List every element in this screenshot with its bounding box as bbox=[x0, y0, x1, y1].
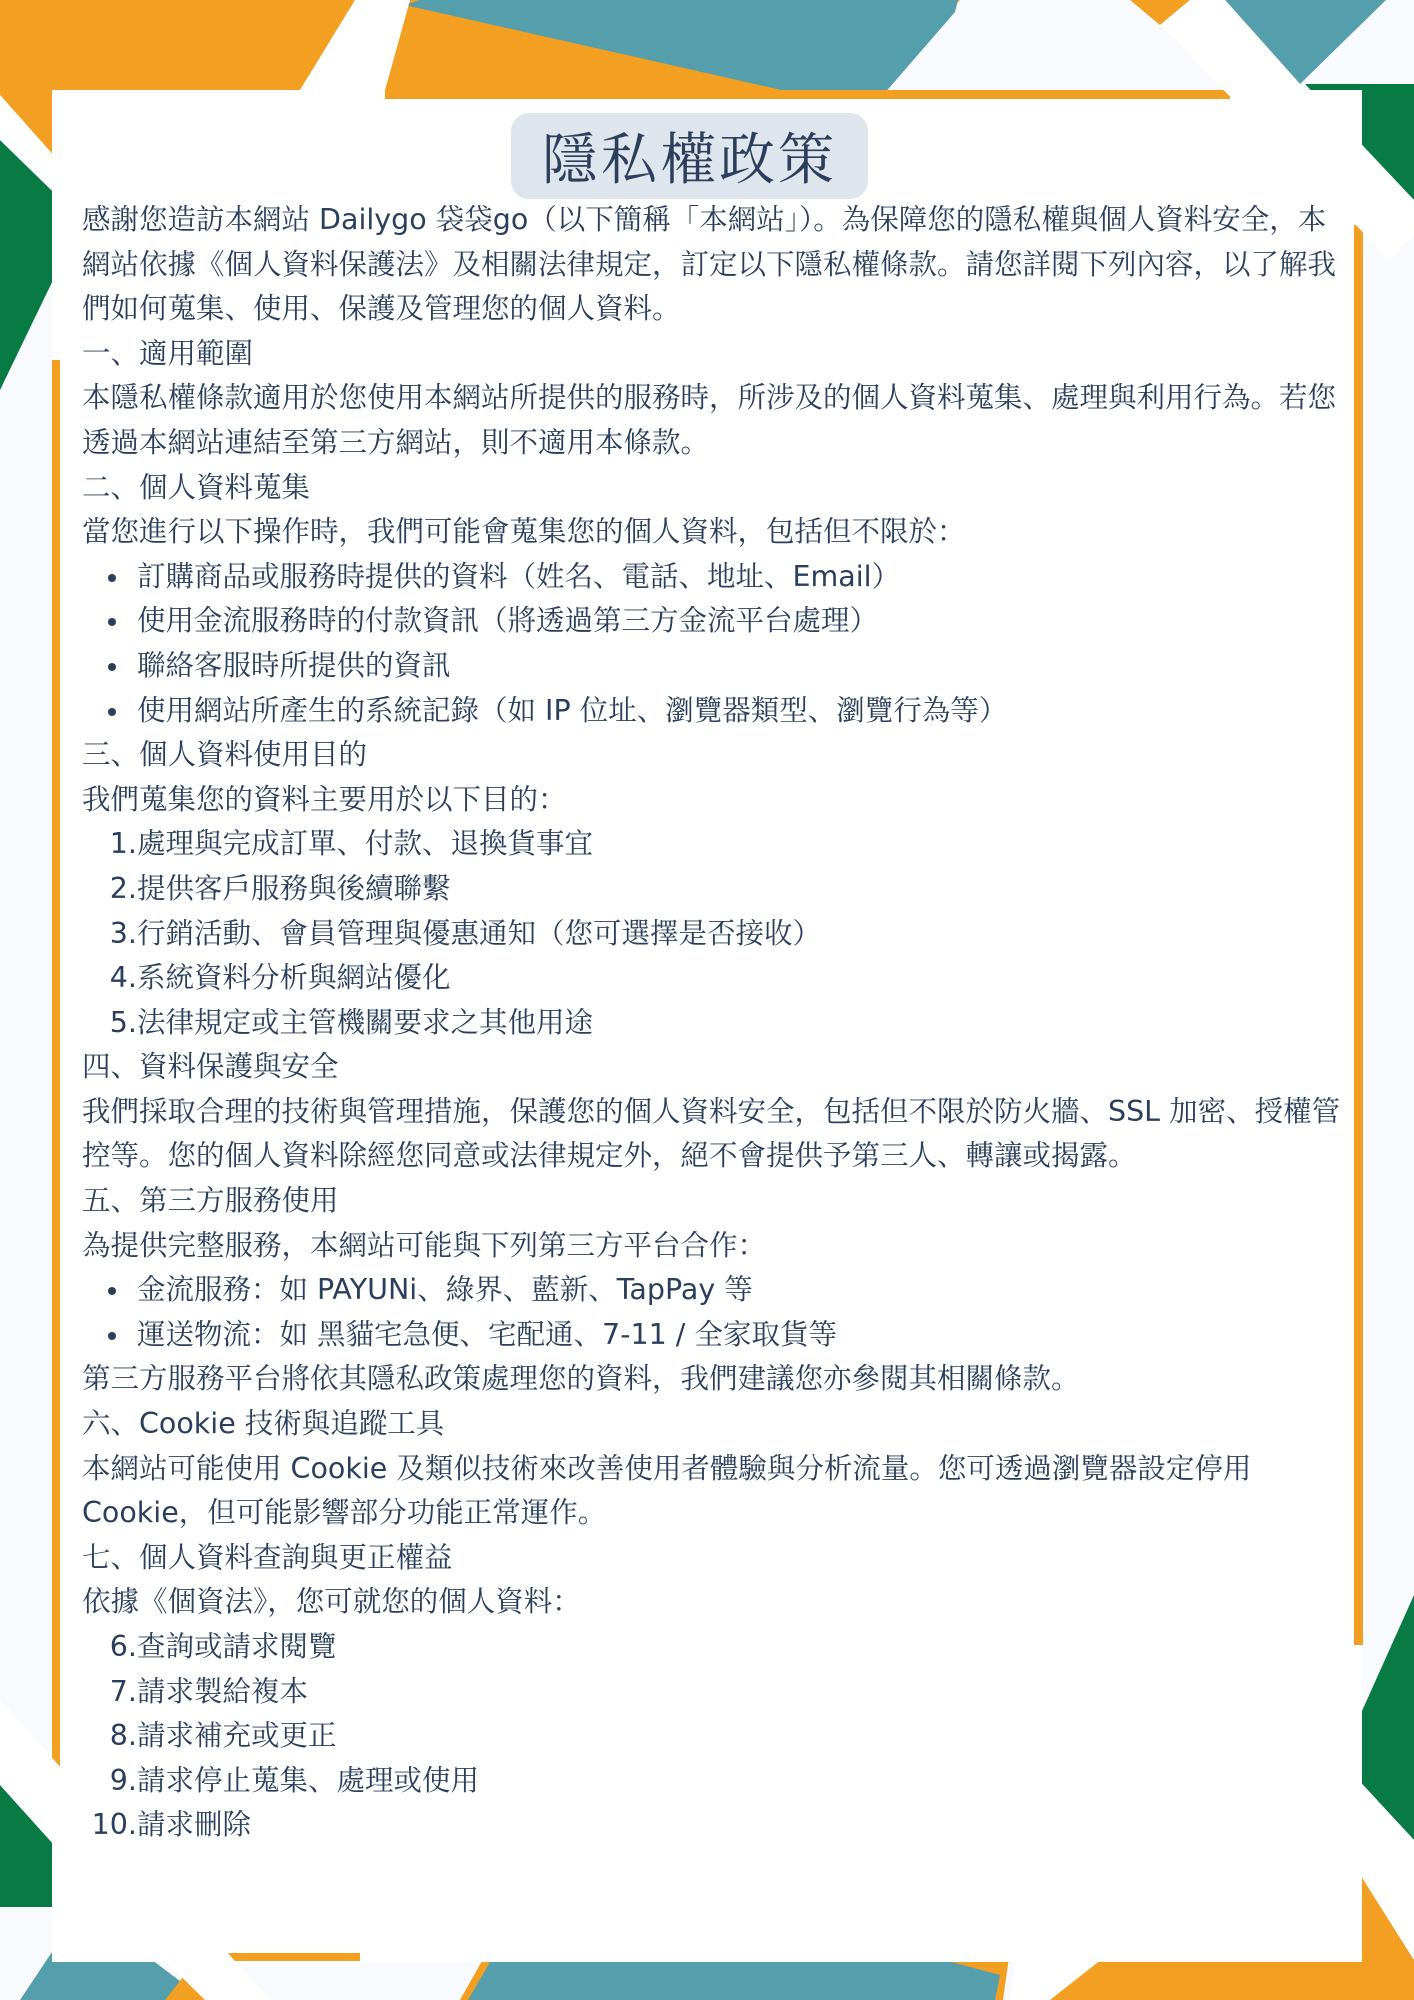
list-text: 行銷活動、會員管理與優惠通知（您可選擇是否接收） bbox=[137, 917, 821, 950]
list-number: 6. bbox=[110, 1625, 137, 1670]
list-item: 10.請求刪除 bbox=[82, 1803, 1352, 1848]
list-text: 請求補充或更正 bbox=[137, 1719, 337, 1752]
section-body-security: 我們採取合理的技術與管理措施，保護您的個人資料安全，包括但不限於防火牆、SSL … bbox=[82, 1090, 1352, 1179]
list-text: 請求製給複本 bbox=[137, 1675, 308, 1708]
section-body-third-party: 為提供完整服務，本網站可能與下列第三方平台合作： bbox=[82, 1224, 1352, 1269]
list-item: 運送物流：如 黑貓宅急便、宅配通、7-11 / 全家取貨等 bbox=[82, 1313, 1352, 1358]
decor-shape-orange-top-right bbox=[1130, 0, 1190, 25]
section-body-collection: 當您進行以下操作時，我們可能會蒐集您的個人資料，包括但不限於： bbox=[82, 510, 1352, 555]
section-body-purpose: 我們蒐集您的資料主要用於以下目的： bbox=[82, 778, 1352, 823]
list-number: 3. bbox=[110, 912, 137, 957]
list-number: 5. bbox=[110, 1001, 137, 1046]
list-item: 8.請求補充或更正 bbox=[82, 1714, 1352, 1759]
section-heading-rights: 七、個人資料查詢與更正權益 bbox=[82, 1536, 1352, 1581]
section-body-rights: 依據《個資法》，您可就您的個人資料： bbox=[82, 1580, 1352, 1625]
list-item: 9.請求停止蒐集、處理或使用 bbox=[82, 1759, 1352, 1804]
intro-paragraph: 感謝您造訪本網站 Dailygo 袋袋go（以下簡稱「本網站」）。為保障您的隱私… bbox=[82, 198, 1352, 332]
list-text: 系統資料分析與網站優化 bbox=[137, 961, 451, 994]
list-number: 2. bbox=[110, 867, 137, 912]
list-item: 使用金流服務時的付款資訊（將透過第三方金流平台處理） bbox=[82, 599, 1352, 644]
list-item: 6.查詢或請求閱覽 bbox=[82, 1625, 1352, 1670]
list-item: 2.提供客戶服務與後續聯繫 bbox=[82, 867, 1352, 912]
section-heading-security: 四、資料保護與安全 bbox=[82, 1045, 1352, 1090]
list-item: 訂購商品或服務時提供的資料（姓名、電話、地址、Email） bbox=[82, 555, 1352, 600]
third-party-bullet-list: 金流服務：如 PAYUNi、綠界、藍新、TapPay 等 運送物流：如 黑貓宅急… bbox=[82, 1268, 1352, 1357]
list-item: 使用網站所產生的系統記錄（如 IP 位址、瀏覽器類型、瀏覽行為等） bbox=[82, 689, 1352, 734]
section-heading-third-party: 五、第三方服務使用 bbox=[82, 1179, 1352, 1224]
section-footer-third-party: 第三方服務平台將依其隱私政策處理您的資料，我們建議您亦參閱其相關條款。 bbox=[82, 1357, 1352, 1402]
collection-bullet-list: 訂購商品或服務時提供的資料（姓名、電話、地址、Email） 使用金流服務時的付款… bbox=[82, 555, 1352, 733]
section-heading-scope: 一、適用範圍 bbox=[82, 332, 1352, 377]
list-text: 請求刪除 bbox=[137, 1808, 251, 1841]
section-heading-purpose: 三、個人資料使用目的 bbox=[82, 733, 1352, 778]
list-number: 8. bbox=[110, 1714, 137, 1759]
purpose-numbered-list: 1.處理與完成訂單、付款、退換貨事宜 2.提供客戶服務與後續聯繫 3.行銷活動、… bbox=[82, 822, 1352, 1045]
list-item: 7.請求製給複本 bbox=[82, 1670, 1352, 1715]
list-item: 1.處理與完成訂單、付款、退換貨事宜 bbox=[82, 822, 1352, 867]
policy-content: 感謝您造訪本網站 Dailygo 袋袋go（以下簡稱「本網站」）。為保障您的隱私… bbox=[82, 198, 1352, 1848]
list-item: 3.行銷活動、會員管理與優惠通知（您可選擇是否接收） bbox=[82, 912, 1352, 957]
list-number: 10. bbox=[92, 1803, 137, 1848]
list-text: 提供客戶服務與後續聯繫 bbox=[137, 872, 451, 905]
list-text: 處理與完成訂單、付款、退換貨事宜 bbox=[137, 827, 593, 860]
list-number: 7. bbox=[110, 1670, 137, 1715]
section-body-cookie: 本網站可能使用 Cookie 及類似技術來改善使用者體驗與分析流量。您可透過瀏覽… bbox=[82, 1447, 1352, 1536]
list-item: 金流服務：如 PAYUNi、綠界、藍新、TapPay 等 bbox=[82, 1268, 1352, 1313]
rights-numbered-list: 6.查詢或請求閱覽 7.請求製給複本 8.請求補充或更正 9.請求停止蒐集、處理… bbox=[82, 1625, 1352, 1848]
list-item: 5.法律規定或主管機關要求之其他用途 bbox=[82, 1001, 1352, 1046]
list-item: 4.系統資料分析與網站優化 bbox=[82, 956, 1352, 1001]
page-title-pill: 隱私權政策 bbox=[511, 113, 868, 199]
list-text: 查詢或請求閱覽 bbox=[137, 1630, 337, 1663]
page-title: 隱私權政策 bbox=[542, 116, 837, 196]
list-number: 1. bbox=[110, 822, 137, 867]
list-text: 請求停止蒐集、處理或使用 bbox=[137, 1764, 479, 1797]
section-heading-collection: 二、個人資料蒐集 bbox=[82, 466, 1352, 511]
list-item: 聯絡客服時所提供的資訊 bbox=[82, 644, 1352, 689]
section-body-scope: 本隱私權條款適用於您使用本網站所提供的服務時，所涉及的個人資料蒐集、處理與利用行… bbox=[82, 376, 1352, 465]
list-text: 法律規定或主管機關要求之其他用途 bbox=[137, 1006, 593, 1039]
decor-shape-teal-top-right bbox=[1225, 0, 1386, 84]
list-number: 4. bbox=[110, 956, 137, 1001]
section-heading-cookie: 六、Cookie 技術與追蹤工具 bbox=[82, 1402, 1352, 1447]
list-number: 9. bbox=[110, 1759, 137, 1804]
